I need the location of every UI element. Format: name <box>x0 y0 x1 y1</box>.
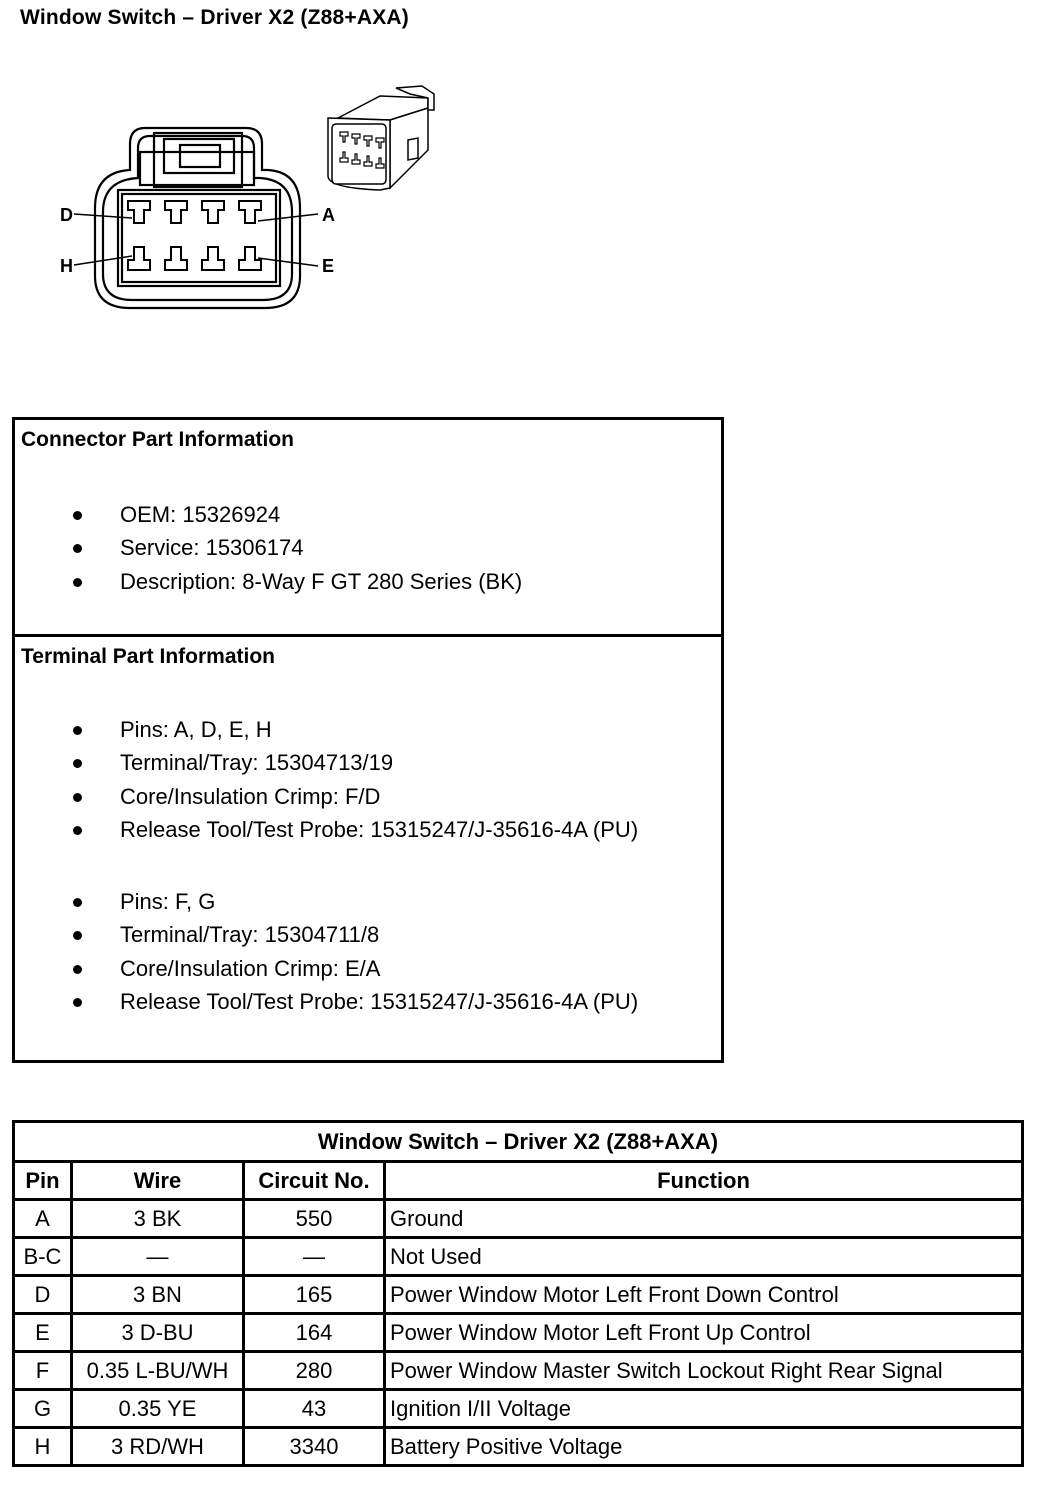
terminal-top-2 <box>165 201 187 223</box>
terminal-bottom-3 <box>202 247 224 270</box>
list-item: OEM: 15326924 <box>15 498 522 531</box>
part-information-box: Connector Part Information OEM: 15326924… <box>12 417 724 1063</box>
terminal-group-1-list: Pins: A, D, E, H Terminal/Tray: 15304713… <box>15 713 638 846</box>
bullet-icon <box>73 511 82 520</box>
function-cell: Not Used <box>385 1238 1023 1276</box>
pin-cell: F <box>14 1352 72 1390</box>
list-item: Core/Insulation Crimp: E/A <box>15 952 638 985</box>
circuit-cell: 43 <box>244 1390 385 1428</box>
list-item: Pins: A, D, E, H <box>15 713 638 746</box>
bullet-icon <box>73 965 82 974</box>
function-cell: Ignition I/II Voltage <box>385 1390 1023 1428</box>
wire-cell: 3 BK <box>72 1200 244 1238</box>
column-header-pin: Pin <box>14 1162 72 1200</box>
list-item: Terminal/Tray: 15304713/19 <box>15 746 638 779</box>
terminal-bottom-1 <box>128 247 150 270</box>
list-item: Pins: F, G <box>15 885 638 918</box>
wire-cell: 0.35 L-BU/WH <box>72 1352 244 1390</box>
circuit-cell: — <box>244 1238 385 1276</box>
pin-table: Window Switch – Driver X2 (Z88+AXA) Pin … <box>12 1120 1024 1467</box>
terminal-info-heading: Terminal Part Information <box>21 645 275 669</box>
column-header-function: Function <box>385 1162 1023 1200</box>
circuit-cell: 280 <box>244 1352 385 1390</box>
pin-cell: H <box>14 1428 72 1466</box>
wire-cell: 0.35 YE <box>72 1390 244 1428</box>
connector-diagram: D A H E <box>50 80 450 320</box>
wire-cell: 3 D-BU <box>72 1314 244 1352</box>
terminal-bottom-4 <box>239 247 261 270</box>
terminal-top-1 <box>128 201 150 223</box>
bullet-icon <box>73 998 82 1007</box>
terminal-top-4 <box>239 201 261 223</box>
terminal-bottom-2 <box>165 247 187 270</box>
column-header-circuit: Circuit No. <box>244 1162 385 1200</box>
list-item: Service: 15306174 <box>15 531 522 564</box>
connector-3d-view <box>328 86 434 190</box>
pin-cell: E <box>14 1314 72 1352</box>
circuit-cell: 3340 <box>244 1428 385 1466</box>
list-item: Release Tool/Test Probe: 15315247/J-3561… <box>15 985 638 1018</box>
list-item: Description: 8-Way F GT 280 Series (BK) <box>15 565 522 598</box>
page-title: Window Switch – Driver X2 (Z88+AXA) <box>20 6 409 30</box>
bullet-icon <box>73 793 82 802</box>
bullet-icon <box>73 759 82 768</box>
function-cell: Power Window Motor Left Front Up Control <box>385 1314 1023 1352</box>
list-item: Terminal/Tray: 15304711/8 <box>15 918 638 951</box>
bullet-icon <box>73 544 82 553</box>
function-cell: Power Window Motor Left Front Down Contr… <box>385 1276 1023 1314</box>
pin-label-h: H <box>60 256 73 276</box>
pin-label-e: E <box>322 256 334 276</box>
connector-info-heading: Connector Part Information <box>21 428 294 452</box>
function-cell: Ground <box>385 1200 1023 1238</box>
table-row: B-C——Not Used <box>14 1238 1023 1276</box>
wire-cell: 3 BN <box>72 1276 244 1314</box>
circuit-cell: 165 <box>244 1276 385 1314</box>
table-row: D3 BN165Power Window Motor Left Front Do… <box>14 1276 1023 1314</box>
wire-cell: 3 RD/WH <box>72 1428 244 1466</box>
pin-label-d: D <box>60 205 73 225</box>
wire-cell: — <box>72 1238 244 1276</box>
bullet-icon <box>73 826 82 835</box>
pin-cell: B-C <box>14 1238 72 1276</box>
function-cell: Battery Positive Voltage <box>385 1428 1023 1466</box>
circuit-cell: 164 <box>244 1314 385 1352</box>
circuit-cell: 550 <box>244 1200 385 1238</box>
pin-cell: A <box>14 1200 72 1238</box>
function-cell: Power Window Master Switch Lockout Right… <box>385 1352 1023 1390</box>
pin-cell: D <box>14 1276 72 1314</box>
table-row: G0.35 YE43Ignition I/II Voltage <box>14 1390 1023 1428</box>
bullet-icon <box>73 726 82 735</box>
bullet-icon <box>73 578 82 587</box>
table-header-row: Pin Wire Circuit No. Function <box>14 1162 1023 1200</box>
table-row: E3 D-BU164Power Window Motor Left Front … <box>14 1314 1023 1352</box>
connector-part-info: Connector Part Information OEM: 15326924… <box>15 420 721 637</box>
table-row: F0.35 L-BU/WH280Power Window Master Swit… <box>14 1352 1023 1390</box>
column-header-wire: Wire <box>72 1162 244 1200</box>
terminal-group-2-list: Pins: F, G Terminal/Tray: 15304711/8 Cor… <box>15 885 638 1018</box>
table-row: A3 BK550Ground <box>14 1200 1023 1238</box>
pin-cell: G <box>14 1390 72 1428</box>
table-row: H3 RD/WH3340Battery Positive Voltage <box>14 1428 1023 1466</box>
pin-label-a: A <box>322 205 335 225</box>
list-item: Core/Insulation Crimp: F/D <box>15 780 638 813</box>
bullet-icon <box>73 931 82 940</box>
terminal-top-3 <box>202 201 224 223</box>
bullet-icon <box>73 898 82 907</box>
connector-info-list: OEM: 15326924 Service: 15306174 Descript… <box>15 498 522 598</box>
table-title: Window Switch – Driver X2 (Z88+AXA) <box>14 1122 1023 1162</box>
terminal-part-info: Terminal Part Information Pins: A, D, E,… <box>15 637 721 1060</box>
list-item: Release Tool/Test Probe: 15315247/J-3561… <box>15 813 638 846</box>
